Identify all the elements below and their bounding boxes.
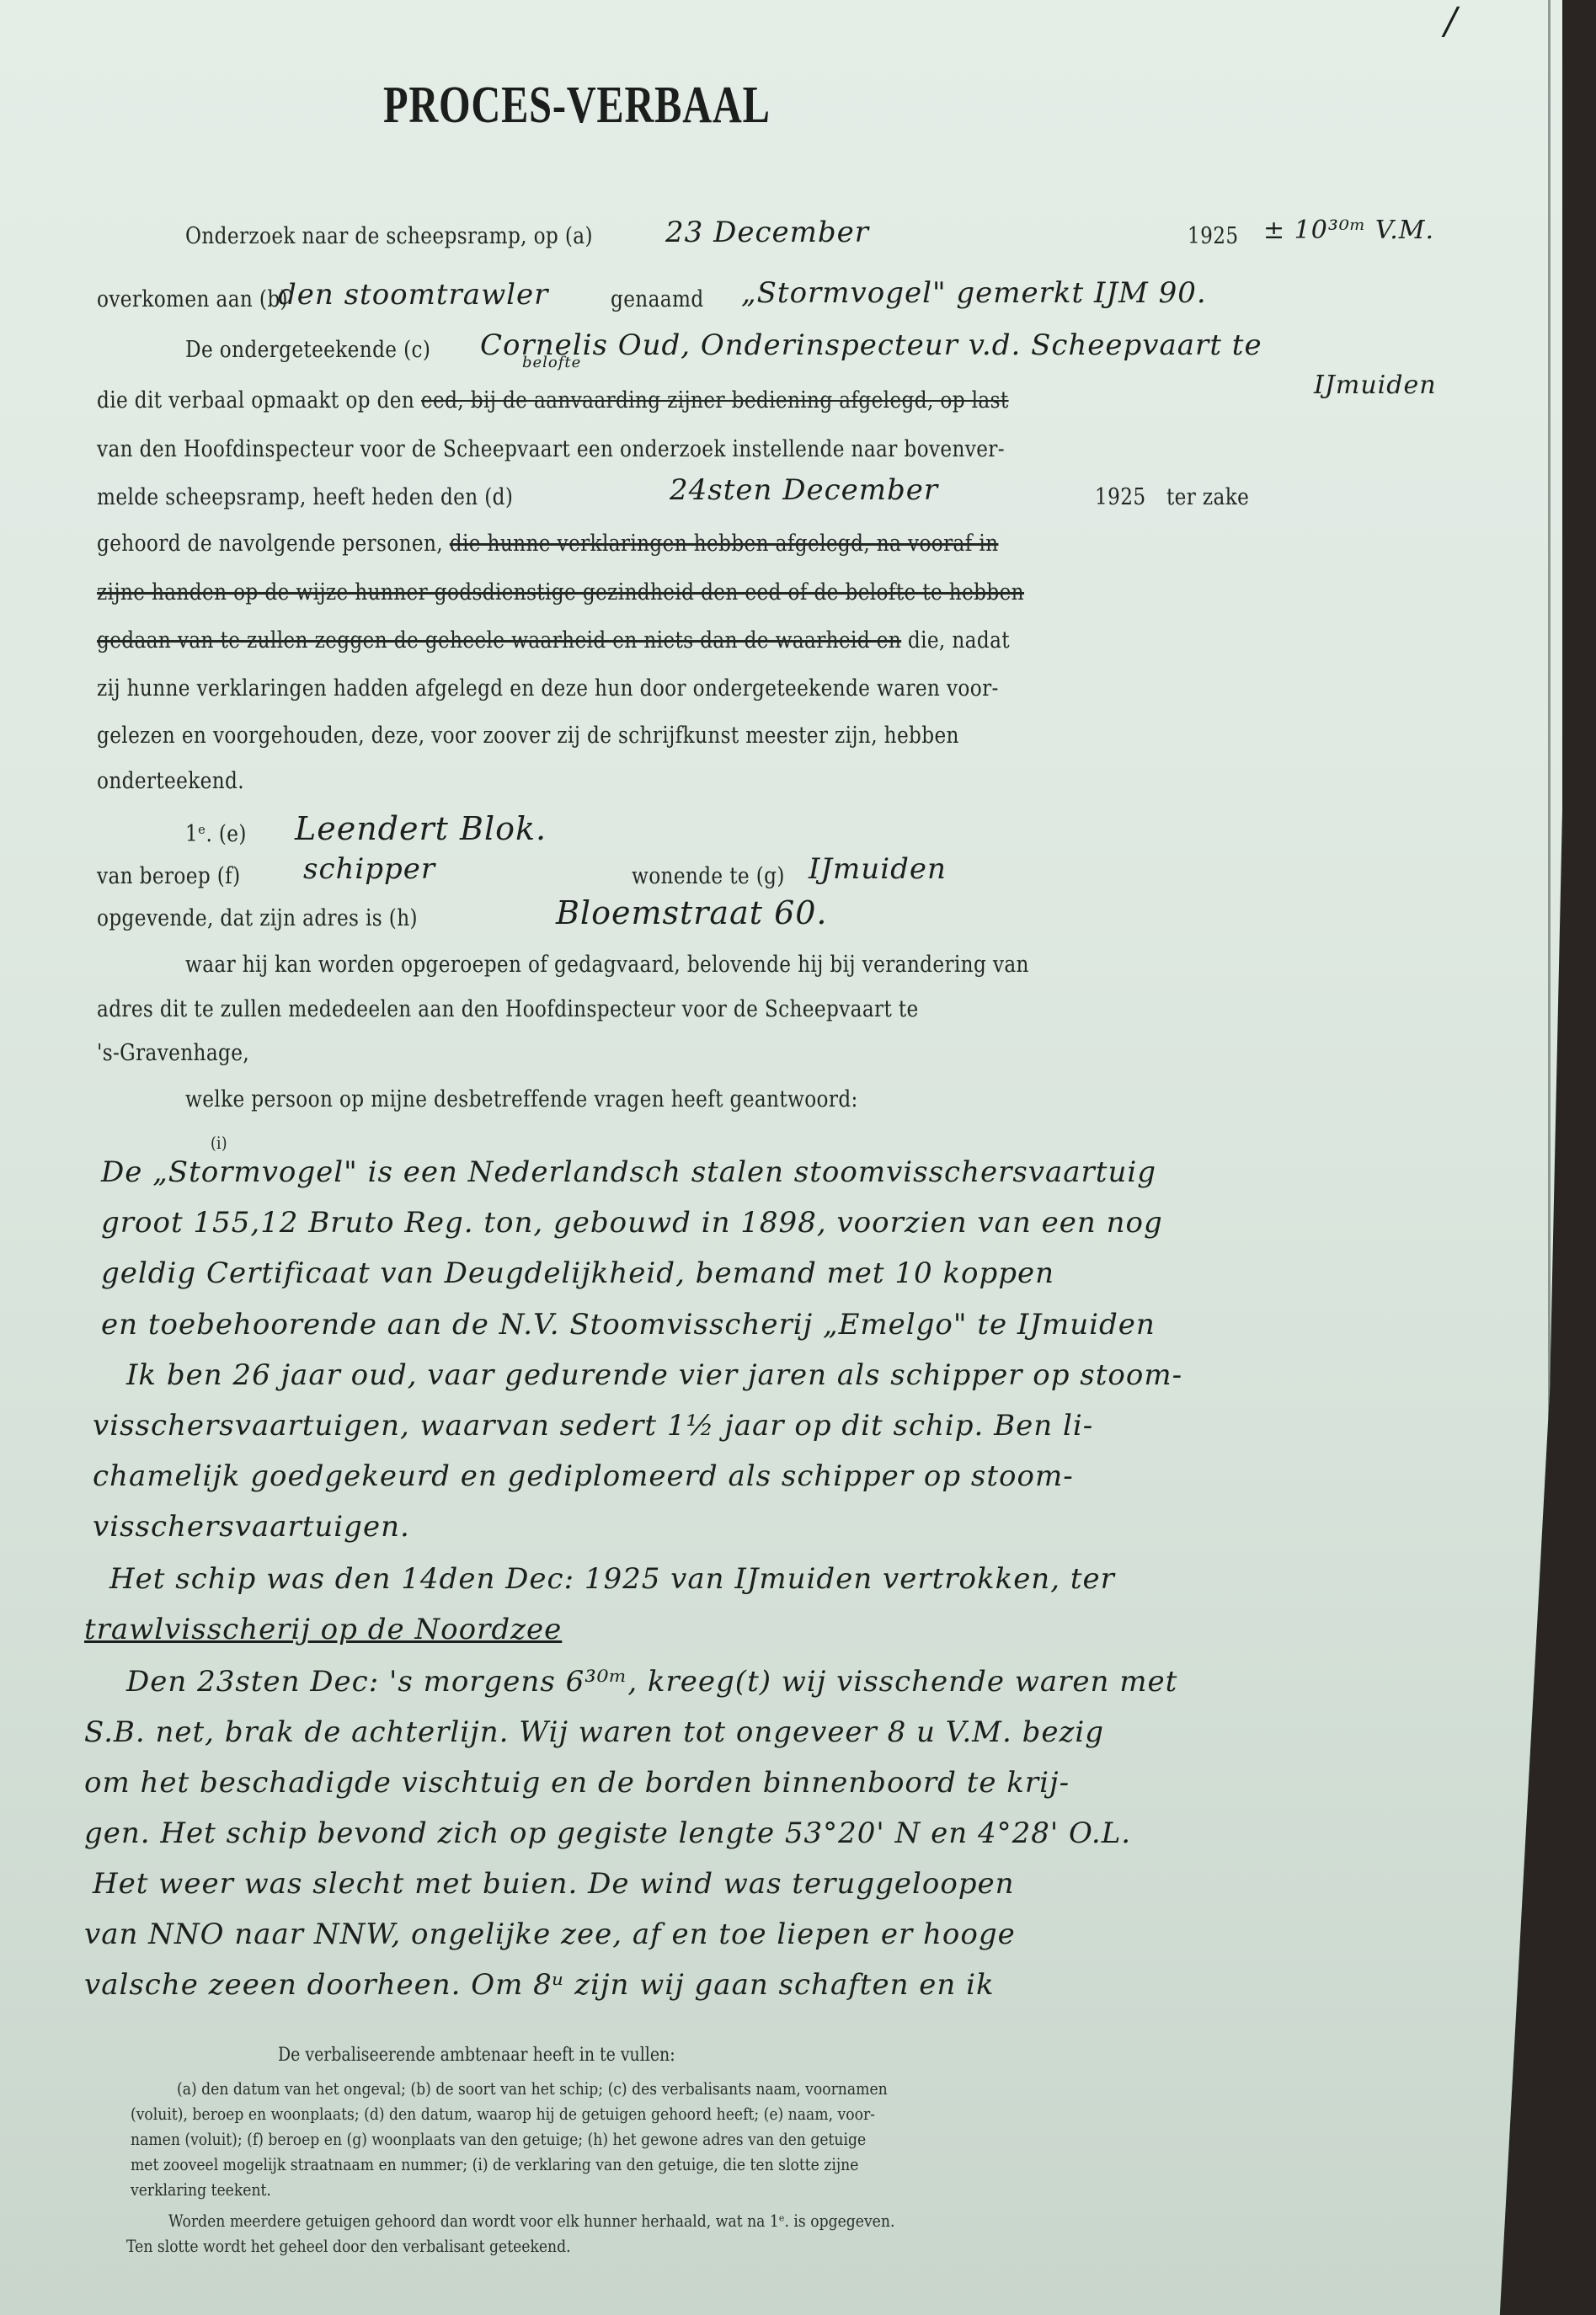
handwritten-margin-place: IJmuiden bbox=[1314, 371, 1437, 400]
statement-line: gen. Het schip bevond zich op gegiste le… bbox=[84, 1816, 1131, 1850]
handwritten-ship-type: den stoomtrawler bbox=[278, 278, 548, 312]
form-text: adres dit te zullen mededeelen aan den H… bbox=[97, 996, 919, 1022]
form-label: genaamd bbox=[611, 286, 704, 312]
statement-line: Den 23sten Dec: 's morgens 6³⁰ᵐ, kreeg(t… bbox=[126, 1665, 1177, 1699]
form-text: 's-Gravenhage, bbox=[97, 1040, 249, 1066]
handwritten-hearing-date: 24sten December bbox=[670, 473, 938, 507]
statement-line: S.B. net, brak de achterlijn. Wij waren … bbox=[84, 1715, 1104, 1749]
handwritten-occupation: schipper bbox=[303, 852, 435, 886]
statement-line: om het beschadigde vischtuig en de borde… bbox=[84, 1766, 1070, 1800]
statement-line: trawlvisscherij op de Noordzee bbox=[84, 1613, 562, 1646]
footer-note: Ten slotte wordt het geheel door den ver… bbox=[126, 2236, 571, 2256]
statement-line: visschersvaartuigen. bbox=[93, 1510, 410, 1544]
form-label: melde scheepsramp, heeft heden den (d) bbox=[97, 484, 513, 510]
statement-line: van NNO naar NNW, ongelijke zee, af en t… bbox=[84, 1918, 1016, 1951]
statement-line: en toebehoorende aan de N.V. Stoomvissch… bbox=[101, 1308, 1156, 1342]
form-text: waar hij kan worden opgeroepen of gedagv… bbox=[185, 952, 1029, 978]
printed-year: 1925 bbox=[1188, 223, 1238, 249]
form-text: gehoord de navolgende personen, die hunn… bbox=[97, 531, 998, 557]
handwritten-time: ± 10³⁰ᵐ V.M. bbox=[1263, 216, 1434, 245]
footer-instruction-line: met zooveel mogelijk straatnaam en numme… bbox=[131, 2154, 858, 2174]
handwritten-residence: IJmuiden bbox=[809, 852, 947, 886]
footer-instruction-line: namen (voluit); (f) beroep en (g) woonpl… bbox=[131, 2129, 866, 2149]
witness-number-label: 1ᵉ. (e) bbox=[185, 821, 247, 847]
form-label: Onderzoek naar de scheepsramp, op (a) bbox=[185, 223, 593, 249]
footer-instruction-line: (a) den datum van het ongeval; (b) de so… bbox=[177, 2078, 888, 2099]
form-text-part: gehoord de navolgende personen, bbox=[97, 531, 443, 557]
form-text-part: die, nadat bbox=[908, 627, 1010, 653]
document-page: / PROCES-VERBAAL Onderzoek naar de schee… bbox=[0, 0, 1562, 2315]
handwritten-witness-name: Leendert Blok. bbox=[295, 810, 547, 847]
footer-heading: De verbaliseerende ambtenaar heeft in te… bbox=[278, 2045, 675, 2066]
struck-text: die hunne verklaringen hebben afgelegd, … bbox=[450, 531, 999, 557]
statement-line: geldig Certificaat van Deugdelijkheid, b… bbox=[101, 1256, 1054, 1290]
form-text: die dit verbaal opmaakt op den eed, bij … bbox=[97, 387, 1009, 413]
form-label: van beroep (f) bbox=[97, 863, 241, 889]
statement-line: groot 155,12 Bruto Reg. ton, gebouwd in … bbox=[101, 1206, 1163, 1240]
statement-line: Het schip was den 14den Dec: 1925 van IJ… bbox=[109, 1562, 1115, 1596]
handwritten-insert: belofte bbox=[522, 354, 581, 371]
struck-text: zijne handen op de wijze hunner godsdien… bbox=[97, 579, 1024, 605]
form-text: gelezen en voorgehouden, deze, voor zoov… bbox=[97, 723, 959, 749]
form-label: De ondergeteekende (c) bbox=[185, 337, 430, 363]
handwritten-address: Bloemstraat 60. bbox=[556, 894, 828, 931]
handwritten-inspector-name: Cornelis Oud, Onderinspecteur v.d. Schee… bbox=[480, 328, 1262, 362]
footer-note: Worden meerdere getuigen gehoord dan wor… bbox=[168, 2211, 894, 2231]
form-text: zij hunne verklaringen hadden afgelegd e… bbox=[97, 675, 999, 701]
footer-instruction-line: (voluit), beroep en woonplaats; (d) den … bbox=[131, 2104, 875, 2124]
struck-text: gedaan van te zullen zeggen de geheele w… bbox=[97, 627, 901, 653]
statement-label: (i) bbox=[211, 1133, 227, 1153]
statement-line: chamelijk goedgekeurd en gediplomeerd al… bbox=[93, 1459, 1074, 1493]
form-label: opgevende, dat zijn adres is (h) bbox=[97, 905, 418, 931]
page-mark: / bbox=[1444, 0, 1458, 43]
form-text: zijne handen op de wijze hunner godsdien… bbox=[97, 579, 1024, 605]
footer-instruction-line: verklaring teekent. bbox=[131, 2179, 271, 2200]
form-text-part: die dit verbaal opmaakt op den bbox=[97, 387, 414, 413]
handwritten-date: 23 December bbox=[665, 216, 869, 249]
form-label: overkomen aan (b) bbox=[97, 286, 288, 312]
statement-line: Het weer was slecht met buien. De wind w… bbox=[93, 1867, 1015, 1901]
form-text: welke persoon op mijne desbetreffende vr… bbox=[185, 1086, 858, 1112]
page-title: PROCES-VERBAAL bbox=[383, 76, 771, 136]
statement-line: valsche zeeen doorheen. Om 8ᵘ zijn wij g… bbox=[84, 1968, 995, 2002]
statement-line: De „Stormvogel" is een Nederlandsch stal… bbox=[101, 1155, 1156, 1189]
statement-line: Ik ben 26 jaar oud, vaar gedurende vier … bbox=[126, 1358, 1182, 1392]
statement-line: visschersvaartuigen, waarvan sedert 1½ j… bbox=[93, 1409, 1093, 1443]
form-text-part: eed, bij de aanvaarding zijner bediening… bbox=[421, 387, 1009, 413]
form-text: van den Hoofdinspecteur voor de Scheepva… bbox=[97, 436, 1005, 462]
form-label: wonende te (g) bbox=[632, 863, 785, 889]
handwritten-ship-name: „Stormvogel" gemerkt IJM 90. bbox=[741, 276, 1207, 310]
page-edge-line bbox=[1548, 0, 1551, 2315]
form-text: gedaan van te zullen zeggen de geheele w… bbox=[97, 627, 1010, 653]
form-label: ter zake bbox=[1166, 484, 1249, 510]
form-text: onderteekend. bbox=[97, 768, 244, 794]
printed-year: 1925 bbox=[1095, 484, 1145, 510]
